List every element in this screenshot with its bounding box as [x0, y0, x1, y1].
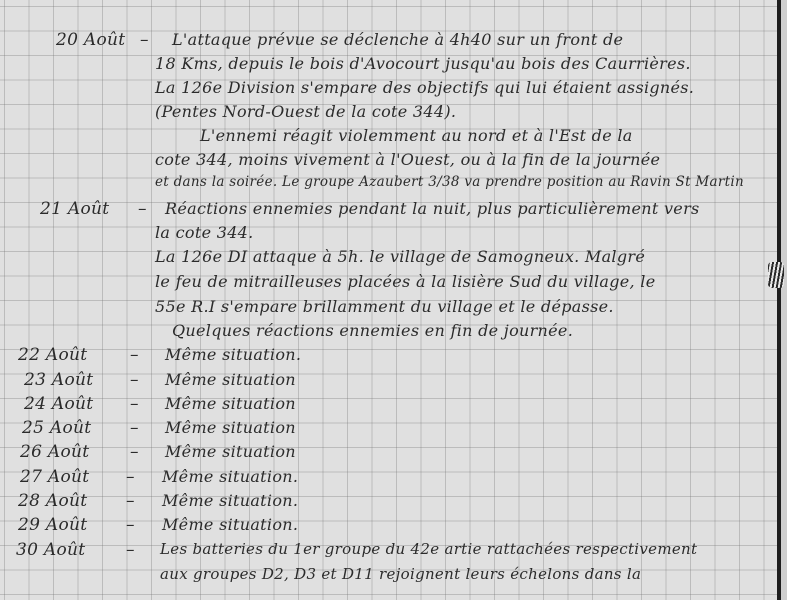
- entry-line: Même situation.: [162, 515, 298, 534]
- page-edge: [781, 0, 787, 600]
- entry-line: 55e R.I s'empare brillamment du village …: [155, 297, 614, 316]
- entry-date: 27 Août: [20, 467, 89, 487]
- entry-line: Même situation.: [162, 467, 298, 486]
- entry-line: Quelques réactions ennemies en fin de jo…: [172, 321, 573, 340]
- entry-date: 21 Août: [40, 199, 109, 219]
- grid-paper-page: 20 Août – L'attaque prévue se déclenche …: [0, 0, 777, 600]
- entry-line: Les batteries du 1er groupe du 42e artie…: [160, 540, 697, 558]
- entry-line: La 126e Division s'empare des objectifs …: [155, 78, 694, 97]
- entry-line: Même situation: [165, 442, 296, 461]
- entry-date: 24 Août: [24, 394, 93, 414]
- entry-line: Même situation.: [165, 345, 301, 364]
- entry-dash: –: [130, 442, 139, 462]
- entry-dash: –: [130, 418, 139, 438]
- entry-line: Même situation: [165, 370, 296, 389]
- entry-date: 25 Août: [22, 418, 91, 438]
- entry-line: La 126e DI attaque à 5h. le village de S…: [155, 247, 645, 266]
- entry-line: Même situation: [165, 418, 296, 437]
- bookmark-ribbon: [768, 262, 784, 288]
- entry-line: aux groupes D2, D3 et D11 rejoignent leu…: [160, 565, 641, 583]
- entry-date: 28 Août: [18, 491, 87, 511]
- entry-date: 26 Août: [20, 442, 89, 462]
- entry-date: 23 Août: [24, 370, 93, 390]
- entry-line: Même situation.: [162, 491, 298, 510]
- entry-date: 29 Août: [18, 515, 87, 535]
- entry-line: et dans la soirée. Le groupe Azaubert 3/…: [155, 174, 744, 190]
- entry-line: L'attaque prévue se déclenche à 4h40 sur…: [172, 30, 623, 49]
- entry-dash: –: [126, 467, 135, 487]
- entry-date: 20 Août: [56, 30, 125, 50]
- entry-line: Même situation: [165, 394, 296, 413]
- entry-dash: –: [130, 345, 139, 365]
- entry-dash: –: [130, 394, 139, 414]
- entry-line: L'ennemi réagit violemment au nord et à …: [200, 126, 633, 145]
- entry-dash: –: [126, 491, 135, 511]
- entry-line: cote 344, moins vivement à l'Ouest, ou à…: [155, 150, 660, 169]
- entry-line: (Pentes Nord-Ouest de la cote 344).: [155, 102, 456, 121]
- entry-line: Réactions ennemies pendant la nuit, plus…: [165, 199, 700, 218]
- entry-dash: –: [130, 370, 139, 390]
- entry-line: la cote 344.: [155, 223, 254, 242]
- entry-dash: –: [126, 540, 135, 560]
- entry-line: le feu de mitrailleuses placées à la lis…: [155, 272, 655, 291]
- entry-date: 30 Août: [16, 540, 85, 560]
- entry-dash: –: [126, 515, 135, 535]
- entry-dash: –: [140, 30, 149, 50]
- entry-date: 22 Août: [18, 345, 87, 365]
- entry-dash: –: [138, 199, 147, 219]
- entry-line: 18 Kms, depuis le bois d'Avocourt jusqu'…: [155, 54, 691, 73]
